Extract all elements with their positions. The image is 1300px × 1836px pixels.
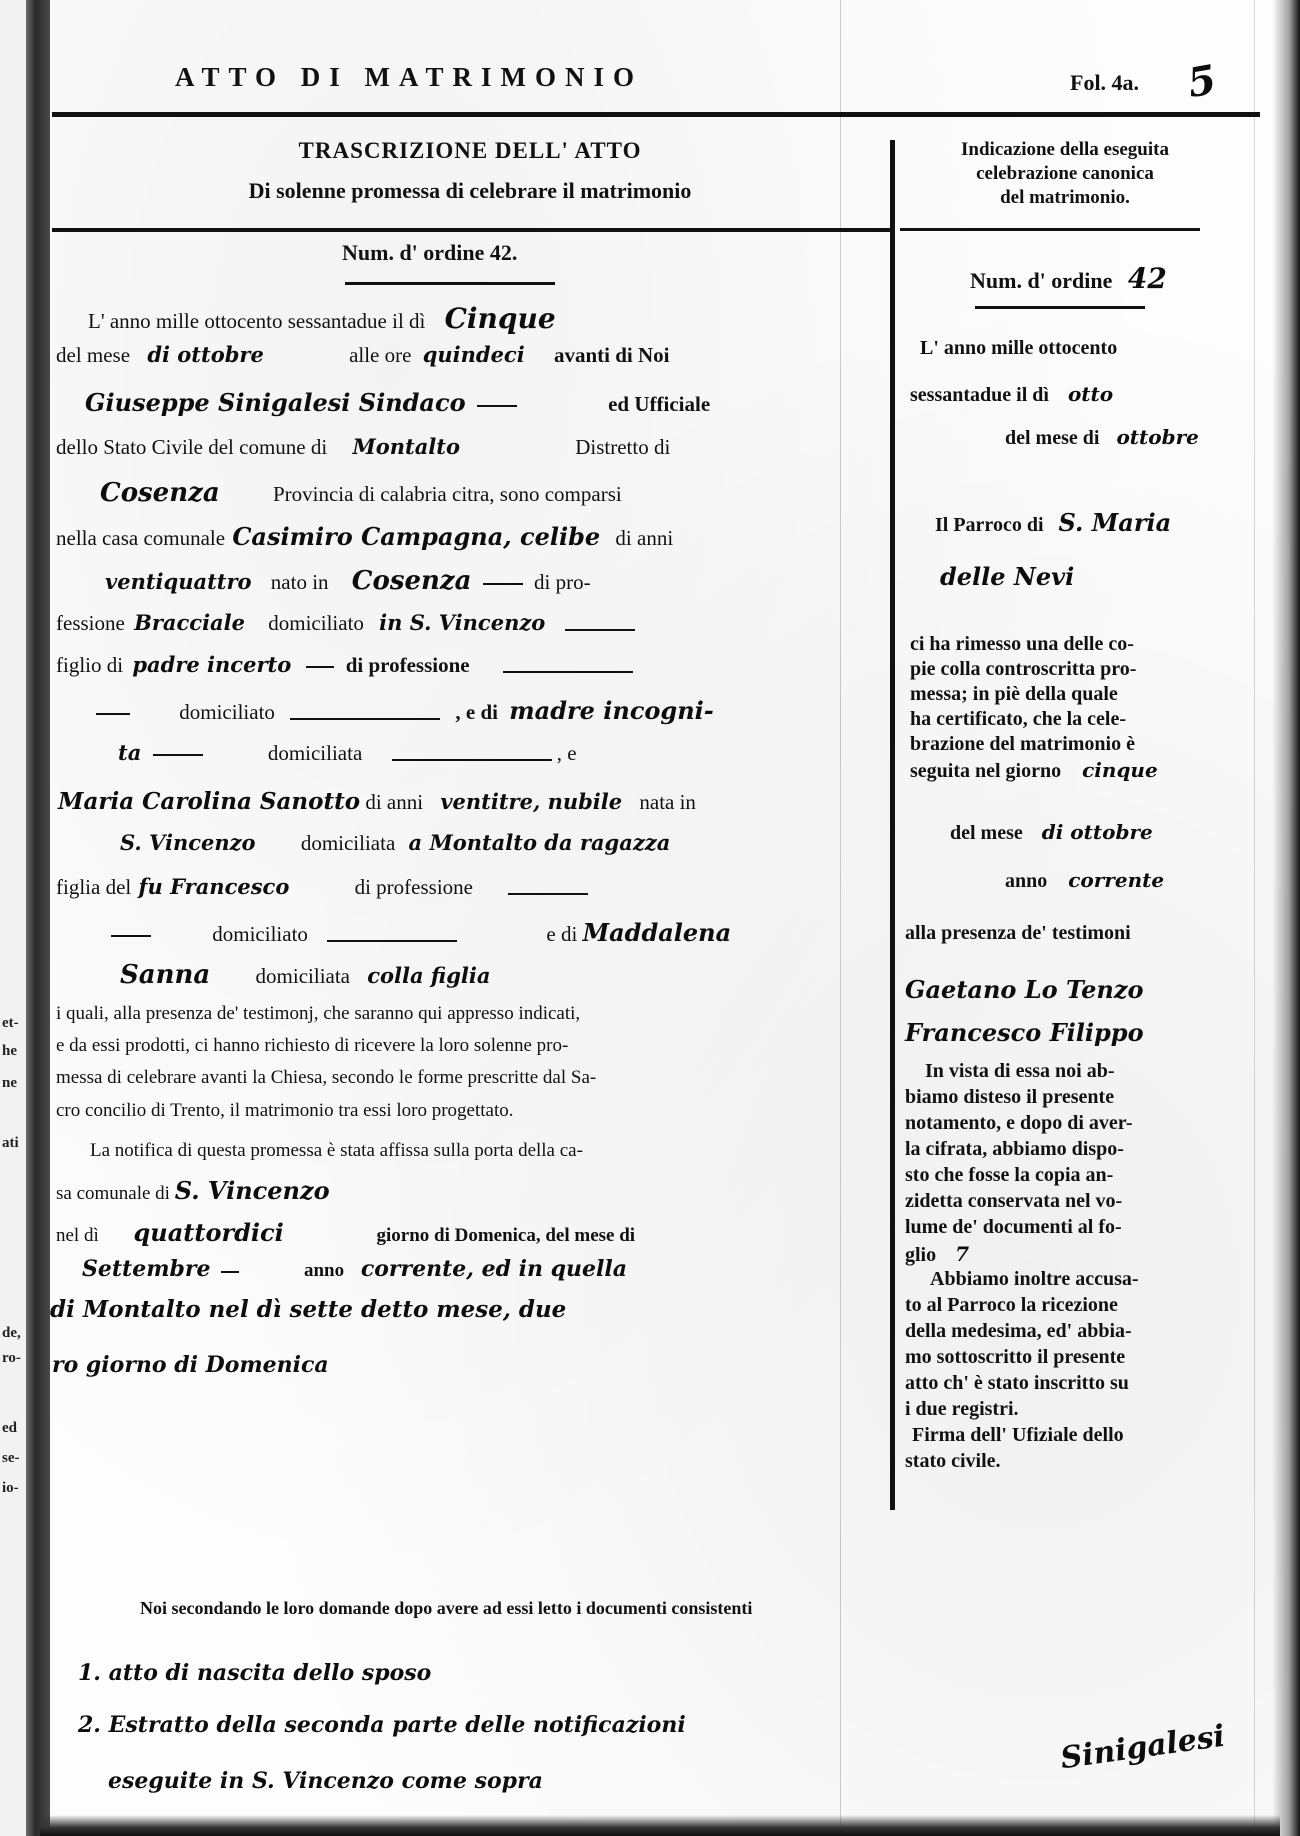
handwritten-entry: delle Nevi — [940, 562, 1074, 591]
handwritten-entry: di ottobre — [147, 342, 264, 367]
record-line: domiciliato , e di madre incogni- — [90, 696, 714, 725]
handwritten-entry: Casimiro Campagna, celibe — [232, 522, 600, 551]
margin-bleed-text: de, — [2, 1325, 21, 1342]
section-rule — [52, 228, 892, 232]
record-line: Sanna domiciliata colla figlia — [120, 960, 490, 990]
side-section-rule — [900, 228, 1200, 231]
handwritten-entry: S. Vincenzo — [175, 1176, 330, 1205]
binding-shadow — [26, 0, 50, 1836]
record-line: figlio di padre incerto di professione — [56, 652, 633, 678]
handwritten-entry: Cinque — [445, 302, 556, 335]
side-line: L' anno mille ottocento — [920, 337, 1117, 360]
handwritten-entry: in S. Vincenzo — [379, 610, 545, 635]
document-page: et- he ne ati de, ro- ed se- io- ATTO DI… — [0, 0, 1300, 1836]
side-line: i due registri. — [905, 1398, 1019, 1421]
side-line: ci ha rimesso una delle co- — [910, 633, 1134, 656]
side-line: In vista di essa noi ab- — [925, 1060, 1115, 1083]
footer-printed-line: Noi secondando le loro domande dopo aver… — [140, 1598, 752, 1619]
handwritten-entry: ta — [118, 740, 141, 765]
handwritten-entry: ventitre, nubile — [440, 789, 622, 814]
side-line: lume de' documenti al fo- — [905, 1216, 1122, 1239]
margin-bleed-text: io- — [2, 1480, 19, 1497]
handwritten-entry: corrente — [1068, 868, 1164, 892]
record-line: ventiquattro nato in Cosenza di pro- — [105, 566, 591, 596]
record-line: domiciliato e di Maddalena — [105, 918, 731, 947]
notice-line: La notifica di questa promessa è stata a… — [90, 1140, 583, 1162]
record-line: fessione Bracciale domiciliato in S. Vin… — [56, 610, 635, 636]
handwritten-entry: Sanna — [120, 960, 210, 990]
side-line: stato civile. — [905, 1450, 1001, 1473]
side-line: glio 7 — [905, 1242, 969, 1267]
order-underline — [345, 282, 555, 285]
handwritten-entry: Cosenza — [100, 478, 220, 508]
handwritten-entry: ottobre — [1116, 425, 1198, 449]
official-signature: Sinigalesi — [1058, 1719, 1227, 1777]
side-line: Abbiamo inoltre accusa- — [930, 1268, 1139, 1291]
side-line: sto che fosse la copia an- — [905, 1164, 1113, 1187]
record-line: dello Stato Civile del comune di Montalt… — [56, 434, 670, 460]
handwritten-entry: di Montalto nel dì sette detto mese, due — [50, 1296, 566, 1323]
side-line: anno corrente — [1005, 868, 1164, 893]
folio-label: Fol. 4a. — [1070, 70, 1139, 96]
record-line: nella casa comunale Casimiro Campagna, c… — [56, 522, 673, 551]
margin-bleed-text: se- — [2, 1450, 20, 1467]
handwritten-entry: madre incogni- — [509, 696, 714, 725]
handwritten-entry: Francesco Filippo — [905, 1018, 1144, 1047]
side-line: to al Parroco la ricezione — [905, 1294, 1118, 1317]
record-line: figlia del fu Francesco di professione — [56, 874, 588, 900]
body-paragraph-line: e da essi prodotti, ci hanno richiesto d… — [56, 1035, 568, 1057]
handwritten-entry: di ottobre — [1042, 820, 1153, 844]
side-line: seguita nel giorno cinque — [910, 758, 1158, 783]
handwritten-entry: Bracciale — [134, 610, 245, 635]
body-paragraph-line: i quali, alla presenza de' testimonj, ch… — [56, 1003, 580, 1025]
handwritten-entry: ventiquattro — [105, 569, 252, 594]
handwritten-entry: S. Maria — [1059, 508, 1172, 537]
handwritten-entry: Settembre — [82, 1256, 210, 1282]
notice-line: nel dì quattordici giorno di Domenica, d… — [56, 1218, 635, 1247]
order-number: Num. d' ordine 42. — [342, 240, 517, 266]
record-line: Cosenza Provincia di calabria citra, son… — [100, 478, 622, 508]
record-line: S. Vincenzo domiciliata a Montalto da ra… — [120, 830, 670, 856]
handwritten-entry: ro giorno di Domenica — [52, 1352, 329, 1378]
body-paragraph-line: messa di celebrare avanti la Chiesa, sec… — [56, 1067, 596, 1089]
handwritten-entry: quindeci — [423, 342, 525, 367]
page-fold-line — [1254, 0, 1255, 1836]
record-line: Giuseppe Sinigalesi Sindaco ed Ufficiale — [85, 388, 710, 417]
column-divider — [890, 140, 895, 1510]
handwritten-document-item: eseguite in S. Vincenzo come sopra — [108, 1768, 543, 1794]
handwritten-entry: otto — [1068, 382, 1113, 406]
side-line: alla presenza de' testimoni — [905, 922, 1131, 945]
margin-bleed-text: ed — [2, 1420, 17, 1437]
margin-bleed-text: ati — [2, 1135, 19, 1152]
page-fold-line — [840, 0, 841, 1836]
side-line: notamento, e dopo di aver- — [905, 1112, 1133, 1135]
handwritten-entry: Giuseppe Sinigalesi Sindaco — [85, 388, 466, 417]
handwritten-entry: Cosenza — [352, 566, 472, 596]
margin-bleed-text: he — [2, 1043, 17, 1060]
page-bottom-edge — [40, 1815, 1280, 1836]
side-heading-line: Indicazione della eseguita — [905, 138, 1225, 162]
handwritten-entry: cinque — [1082, 758, 1158, 782]
handwritten-entry: Montalto — [352, 434, 460, 459]
handwritten-entry: fu Francesco — [138, 874, 289, 899]
handwritten-entry: padre incerto — [132, 652, 291, 677]
record-line: ta domiciliata , e — [118, 740, 577, 766]
handwritten-entry: Gaetano Lo Tenzo — [905, 975, 1143, 1004]
record-line: L' anno mille ottocento sessantadue il d… — [88, 302, 556, 335]
handwritten-document-item: 1. atto di nascita dello sposo — [78, 1660, 431, 1686]
side-line: messa; in piè della quale — [910, 683, 1118, 706]
adjacent-page-edge — [0, 0, 26, 1836]
notice-line: sa comunale di S. Vincenzo — [56, 1176, 330, 1205]
page-edge-shadow — [1272, 0, 1300, 1836]
document-title: ATTO DI MATRIMONIO — [175, 62, 643, 93]
side-line: ha certificato, che la cele- — [910, 708, 1126, 731]
side-line: Il Parroco di S. Maria — [935, 508, 1171, 537]
side-line: mo sottoscritto il presente — [905, 1346, 1125, 1369]
side-heading-line: celebrazione canonica — [905, 162, 1225, 186]
handwritten-entry: Maddalena — [583, 918, 732, 947]
side-line: della medesima, ed' abbia- — [905, 1320, 1132, 1343]
section-title: TRASCRIZIONE DELL' ATTO — [220, 138, 720, 164]
side-line: del mese di ottobre — [950, 820, 1153, 845]
side-column-heading: Indicazione della eseguita celebrazione … — [905, 138, 1225, 210]
side-line: Firma dell' Ufiziale dello — [912, 1424, 1124, 1447]
side-line: atto ch' è stato inscritto su — [905, 1372, 1129, 1395]
handwritten-entry: corrente, ed in quella — [361, 1256, 627, 1282]
side-line: zidetta conservata nel vo- — [905, 1190, 1122, 1213]
side-line: pie colla controscritta pro- — [910, 658, 1136, 681]
handwritten-entry: Maria Carolina Sanotto — [58, 788, 360, 815]
side-line: brazione del matrimonio è — [910, 733, 1135, 756]
handwritten-document-item: 2. Estratto della seconda parte delle no… — [78, 1712, 686, 1738]
record-line: del mese di ottobre alle ore quindeci av… — [56, 342, 669, 368]
side-order-underline — [975, 306, 1145, 309]
side-line: la cifrata, abbiamo dispo- — [905, 1138, 1124, 1161]
side-line: biamo disteso il presente — [905, 1086, 1114, 1109]
section-subtitle: Di solenne promessa di celebrare il matr… — [130, 178, 810, 204]
record-line: Maria Carolina Sanotto di anni ventitre,… — [58, 788, 696, 815]
side-order-label: Num. d' ordine 42 — [970, 262, 1167, 295]
notice-line: Settembre anno corrente, ed in quella — [82, 1256, 627, 1282]
body-paragraph-line: cro concilio di Trento, il matrimonio tr… — [56, 1100, 514, 1122]
handwritten-entry: colla figlia — [367, 963, 490, 988]
header-rule — [52, 112, 1260, 117]
handwritten-entry: quattordici — [134, 1218, 284, 1247]
margin-bleed-text: ro- — [2, 1350, 21, 1367]
margin-bleed-text: ne — [2, 1075, 17, 1092]
side-line: sessantadue il dì otto — [910, 382, 1113, 407]
handwritten-entry: S. Vincenzo — [120, 830, 256, 855]
handwritten-entry: 7 — [955, 1242, 969, 1266]
handwritten-entry: 42 — [1128, 262, 1167, 295]
side-line: del mese di ottobre — [1005, 425, 1199, 450]
handwritten-entry: a Montalto da ragazza — [409, 830, 671, 855]
folio-handwritten-number: 5 — [1184, 56, 1220, 107]
side-heading-line: del matrimonio. — [905, 186, 1225, 210]
margin-bleed-text: et- — [2, 1015, 19, 1032]
